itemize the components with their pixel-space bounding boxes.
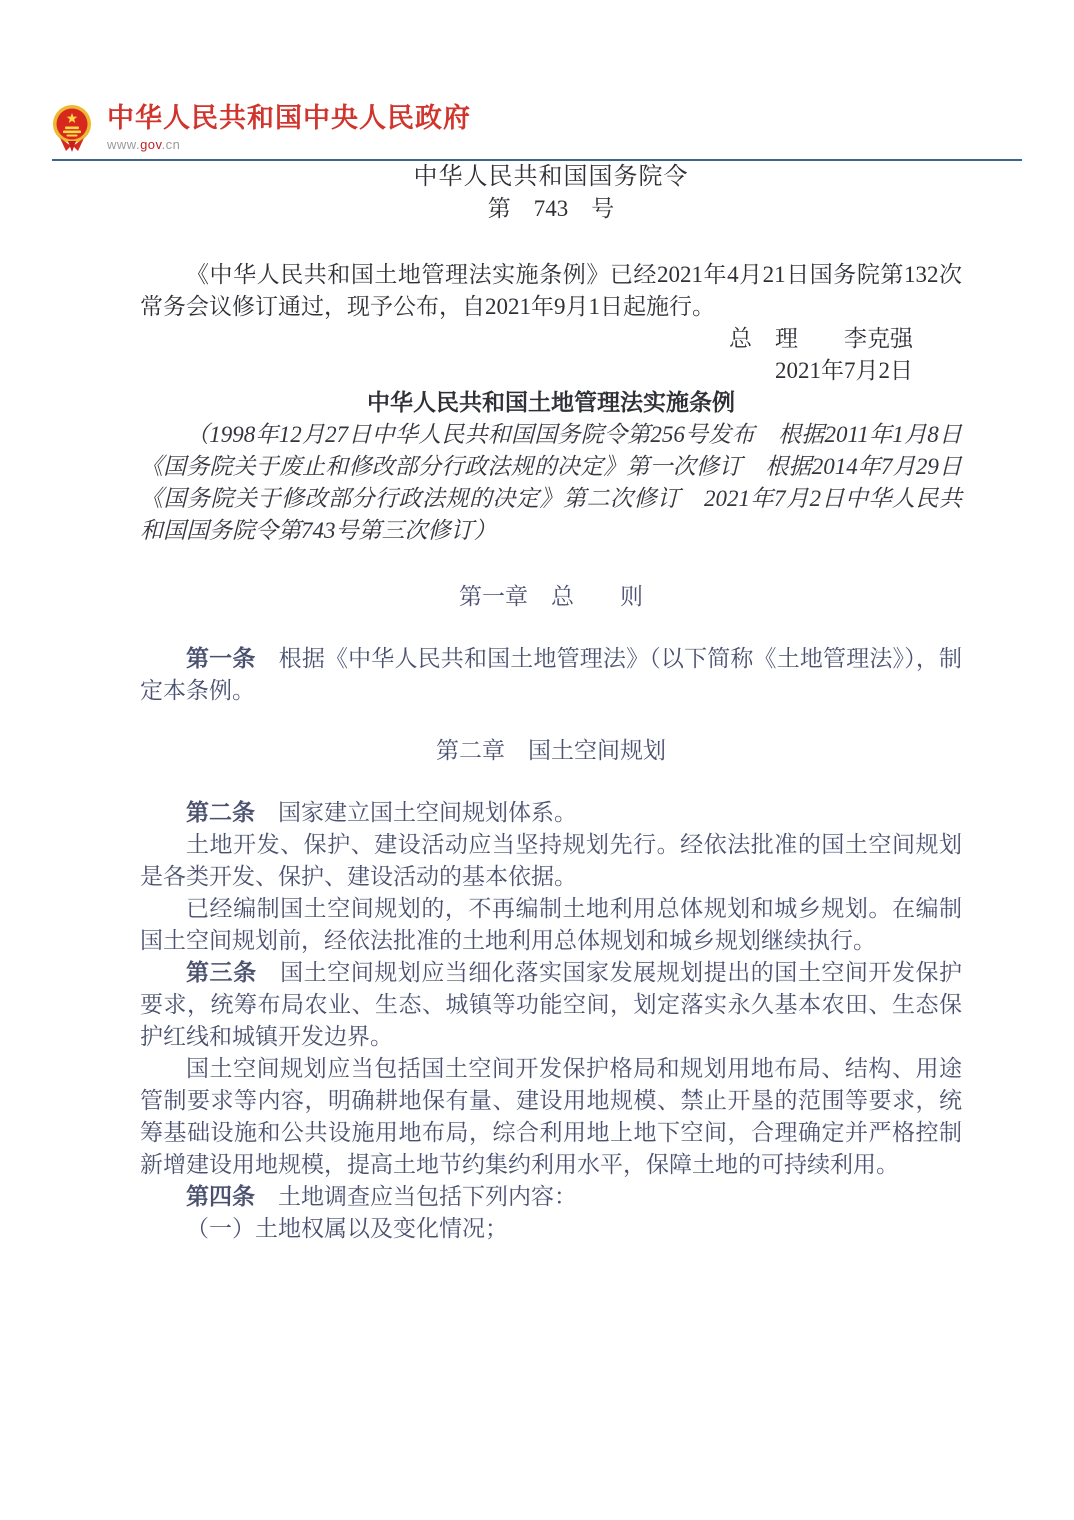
law-revision-history: （1998年12月27日中华人民共和国国务院令第256号发布 根据2011年1月… [140, 419, 962, 547]
gov-logo[interactable]: 中华人民共和国中央人民政府 www.gov.cn [52, 103, 1074, 153]
article-paragraph: 第二条 国家建立国土空间规划体系。 [140, 797, 962, 829]
signature-date: 2021年7月2日 [140, 355, 962, 387]
url-cn: .cn [162, 137, 181, 152]
article-number: 第三条 [186, 960, 257, 985]
site-title: 中华人民共和国中央人民政府 [107, 103, 471, 133]
paragraph: 已经编制国土空间规划的，不再编制土地利用总体规划和城乡规划。在编制国土空间规划前… [140, 893, 962, 957]
decree-number: 第 743 号 [140, 193, 962, 225]
paragraph: （一）土地权属以及变化情况； [140, 1213, 962, 1245]
article-paragraph: 第一条 根据《中华人民共和国土地管理法》（以下简称《土地管理法》），制定本条例。 [140, 643, 962, 707]
chapter-heading: 第一章 总 则 [140, 581, 962, 613]
url-www: www. [107, 137, 140, 152]
chapters: 第一章 总 则第一条 根据《中华人民共和国土地管理法》（以下简称《土地管理法》）… [140, 581, 962, 1245]
decree-title: 中华人民共和国国务院令 [140, 161, 962, 193]
paragraph: 国土空间规划应当包括国土空间开发保护格局和规划用地布局、结构、用途管制要求等内容… [140, 1053, 962, 1181]
article-number: 第二条 [186, 800, 255, 825]
url-gov: gov [140, 137, 162, 152]
article-paragraph: 第四条 土地调查应当包括下列内容： [140, 1181, 962, 1213]
article-paragraph: 第三条 国土空间规划应当细化落实国家发展规划提出的国土空间开发保护要求，统筹布局… [140, 957, 962, 1053]
site-url: www.gov.cn [107, 137, 471, 152]
paragraph: 土地开发、保护、建设活动应当坚持规划先行。经依法批准的国土空间规划是各类开发、保… [140, 829, 962, 893]
article-number: 第四条 [186, 1184, 255, 1209]
article-number: 第一条 [186, 646, 256, 671]
site-header: 中华人民共和国中央人民政府 www.gov.cn [0, 0, 1074, 161]
chapter-heading: 第二章 国土空间规划 [140, 735, 962, 767]
national-emblem-icon [52, 103, 92, 153]
document-body: 中华人民共和国国务院令 第 743 号 《中华人民共和国土地管理法实施条例》已经… [0, 161, 1074, 1245]
decree-announcement: 《中华人民共和国土地管理法实施条例》已经2021年4月21日国务院第132次常务… [140, 259, 962, 323]
signature-line: 总 理 李克强 [140, 323, 962, 355]
law-title: 中华人民共和国土地管理法实施条例 [140, 387, 962, 419]
